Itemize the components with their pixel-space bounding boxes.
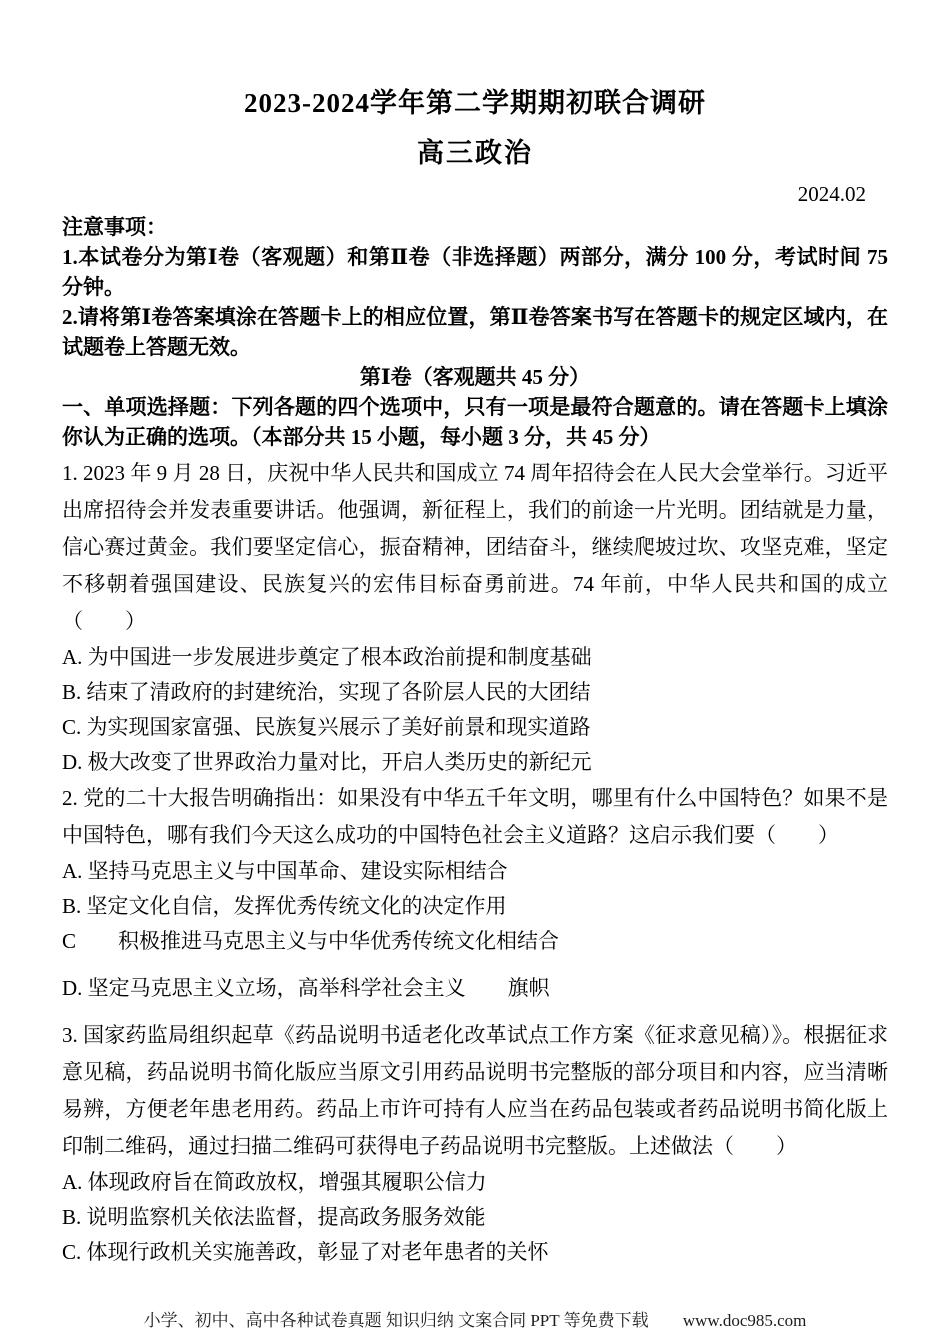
footer-site-url: www.doc985.com (683, 1311, 807, 1330)
notice-heading: 注意事项： (62, 212, 888, 242)
question-list: 1. 2023 年 9 月 28 日，庆祝中华人民共和国成立 74 周年招待会在… (62, 455, 888, 1270)
question-2-option-c: C 积极推进马克思主义与中华优秀传统文化相结合 (62, 924, 888, 959)
question-1-option-a: A. 为中国进一步发展进步奠定了根本政治前提和制度基础 (62, 640, 888, 675)
section-instruction: 一、单项选择题：下列各题的四个选项中，只有一项是最符合题意的。请在答题卡上填涂你… (62, 392, 888, 452)
page-footer: 小学、初中、高中各种试卷真题 知识归纳 文案合同 PPT 等免费下载 www.d… (0, 1306, 950, 1331)
question-1-option-c: C. 为实现国家富强、民族复兴展示了美好前景和现实道路 (62, 710, 888, 745)
question-2-option-a: A. 坚持马克思主义与中国革命、建设实际相结合 (62, 854, 888, 889)
question-3-option-a: A. 体现政府旨在简政放权，增强其履职公信力 (62, 1165, 888, 1200)
question-1-stem: 1. 2023 年 9 月 28 日，庆祝中华人民共和国成立 74 周年招待会在… (62, 455, 888, 640)
question-2-option-d: D. 坚定马克思主义立场，高举科学社会主义 旗帜 (62, 971, 888, 1006)
footer-promo-text: 小学、初中、高中各种试卷真题 知识归纳 文案合同 PPT 等免费下载 (144, 1311, 649, 1330)
exam-title: 2023-2024学年第二学期期初联合调研 (62, 86, 888, 120)
section-heading: 第Ⅰ卷（客观题共 45 分） (62, 362, 888, 392)
question-2: 2. 党的二十大报告明确指出：如果没有中华五千年文明，哪里有什么中国特色？如果不… (62, 780, 888, 1006)
question-1-option-b: B. 结束了清政府的封建统治，实现了各阶层人民的大团结 (62, 675, 888, 710)
exam-paper-page: 2023-2024学年第二学期期初联合调研 高三政治 2024.02 注意事项：… (0, 0, 950, 1344)
question-1-option-d: D. 极大改变了世界政治力量对比，开启人类历史的新纪元 (62, 745, 888, 780)
question-3-option-b: B. 说明监察机关依法监督，提高政务服务效能 (62, 1200, 888, 1235)
notice-item-2: 2.请将第Ⅰ卷答案填涂在答题卡上的相应位置，第Ⅱ卷答案书写在答题卡的规定区域内，… (62, 302, 888, 362)
notice-item-1: 1.本试卷分为第Ⅰ卷（客观题）和第Ⅱ卷（非选择题）两部分，满分 100 分，考试… (62, 242, 888, 302)
question-3-stem: 3. 国家药监局组织起草《药品说明书适老化改革试点工作方案《征求意见稿）》。根据… (62, 1017, 888, 1165)
notice-section: 注意事项： 1.本试卷分为第Ⅰ卷（客观题）和第Ⅱ卷（非选择题）两部分，满分 10… (62, 212, 888, 362)
exam-subtitle: 高三政治 (62, 136, 888, 170)
question-3-option-c: C. 体现行政机关实施善政，彰显了对老年患者的关怀 (62, 1235, 888, 1270)
question-2-option-b: B. 坚定文化自信，发挥优秀传统文化的决定作用 (62, 889, 888, 924)
question-3: 3. 国家药监局组织起草《药品说明书适老化改革试点工作方案《征求意见稿）》。根据… (62, 1017, 888, 1270)
question-2-stem: 2. 党的二十大报告明确指出：如果没有中华五千年文明，哪里有什么中国特色？如果不… (62, 780, 888, 854)
question-1: 1. 2023 年 9 月 28 日，庆祝中华人民共和国成立 74 周年招待会在… (62, 455, 888, 780)
exam-date: 2024.02 (62, 180, 888, 208)
